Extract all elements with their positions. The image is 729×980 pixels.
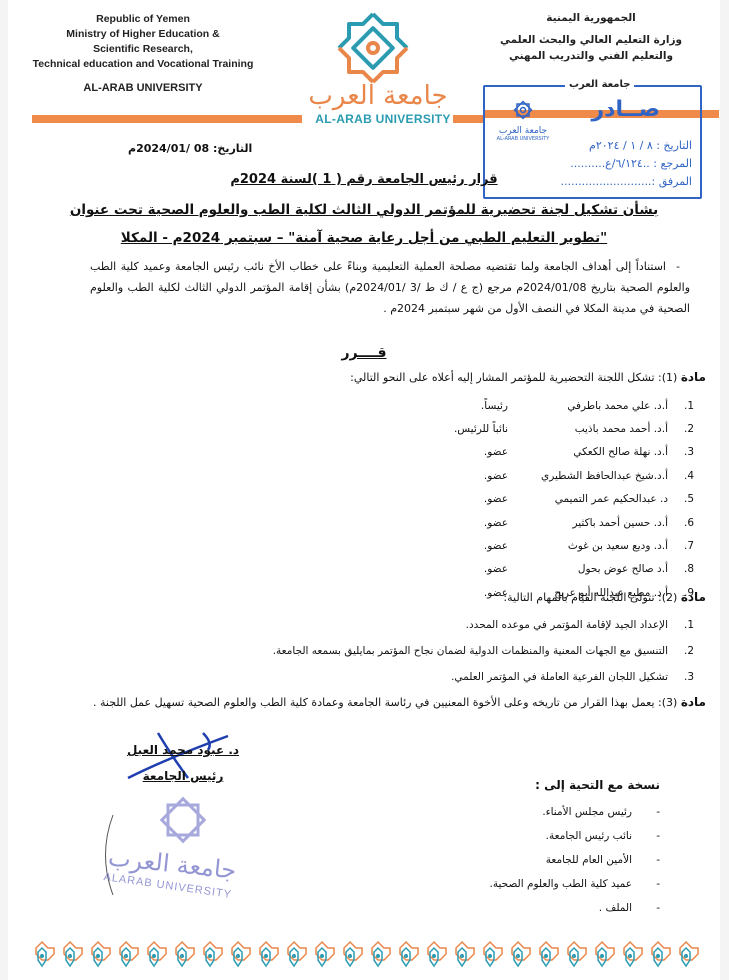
article-1-label: مادة [681, 370, 706, 384]
member-role: عضو. [334, 446, 508, 458]
list-item: 2.أ.د. أحمد محمد باذيبنائباً للرئيس. [334, 417, 694, 440]
member-name: أ.د. حسين أحمد باكثير [508, 517, 668, 529]
member-number: 5. [668, 493, 694, 505]
member-role: عضو. [334, 517, 508, 529]
article-1-heading: مادة (1): تشكل اللجنة التحضيرية للمؤتمر … [106, 370, 706, 384]
list-item: 5.د. عبدالحكيم عمر التميميعضو. [334, 488, 694, 511]
list-item: 6.أ.د. حسين أحمد باكثيرعضو. [334, 511, 694, 534]
cc-bullet: - [632, 806, 660, 818]
member-name: أ.د. أحمد محمد باذيب [508, 423, 668, 435]
list-item: 1.أ.د. علي محمد باطرفيرئيساً. [334, 394, 694, 417]
cc-recipient: الملف . [599, 902, 632, 914]
list-item: 3.تشكيل اللجان الفرعية العاملة في المؤتم… [94, 664, 694, 690]
signature-block: د. عبود محمد العبل رئيس الجامعة [103, 737, 263, 789]
arabic-letterhead: الجمهورية اليمنية وزارة التعليم العالي و… [476, 10, 706, 64]
cc-bullet: - [632, 878, 660, 890]
stamp-university-label: جامعة العرب [565, 79, 634, 90]
task-text: تشكيل اللجان الفرعية العاملة في المؤتمر … [451, 671, 668, 683]
decision-subject-line-2: "تطوير التعليم الطبي من أجل رعاية صحية آ… [8, 230, 720, 246]
member-number: 3. [668, 446, 694, 458]
en-line-4: Technical education and Vocational Train… [8, 57, 278, 72]
task-text: الإعداد الجيد لإقامة المؤتمر في موعده ال… [466, 619, 668, 631]
cc-recipient: الأمين العام للجامعة [546, 854, 632, 866]
article-2-heading: مادة (2): تتولى اللجنة القيام بالمهام ال… [106, 590, 706, 604]
document-date: التاريخ: 08 /2024/01م [128, 142, 252, 155]
member-name: أ.د. نهلة صالح الكعكي [508, 446, 668, 458]
member-name: أ.د. وديع سعيد بن غوث [508, 540, 668, 552]
logo-arabic-name: جامعة العرب [308, 82, 448, 110]
member-number: 1. [668, 400, 694, 412]
list-item: 7.أ.د. وديع سعيد بن غوثعضو. [334, 534, 694, 557]
university-logo-icon [333, 8, 413, 88]
member-role: عضو. [334, 563, 508, 575]
logo-english-name: AL-ARAB UNIVERSITY [308, 112, 458, 126]
member-name: أ.د.شيخ عبدالحافظ الشطيري [508, 470, 668, 482]
list-item: 2.التنسيق مع الجهات المعنية والمنظمات ال… [94, 638, 694, 664]
en-line-1: Republic of Yemen [8, 12, 278, 27]
decorative-footer-pattern-icon [28, 940, 700, 970]
document-page: Republic of Yemen Ministry of Higher Edu… [8, 0, 720, 980]
member-role: عضو. [334, 540, 508, 552]
committee-members-list: 1.أ.د. علي محمد باطرفيرئيساً. 2.أ.د. أحم… [334, 394, 694, 605]
cc-recipient: نائب رئيس الجامعة. [546, 830, 632, 842]
article-1-text: (1): تشكل اللجنة التحضيرية للمؤتمر المشا… [350, 371, 677, 384]
stamp-date-row: التاريخ : ٨ / ١ / ٢٠٢٤م [589, 139, 692, 152]
en-line-2: Ministry of Higher Education & [8, 27, 278, 42]
preamble-text: استناداً إلى أهداف الجامعة ولما تقتضيه م… [90, 260, 690, 315]
cc-bullet: - [632, 830, 660, 842]
signatory-title: رئيس الجامعة [103, 763, 263, 789]
stamp-logo-icon [510, 97, 536, 123]
ar-line-3: والتعليم الفني والتدريب المهني [476, 48, 706, 64]
ar-line-1: الجمهورية اليمنية [476, 10, 706, 26]
list-item: -عميد كلية الطب والعلوم الصحية. [430, 872, 660, 896]
list-item: 4.أ.د.شيخ عبدالحافظ الشطيريعضو. [334, 464, 694, 487]
stamp-reference-row: المرجع : ..٦/١٢٤/ع.......... [570, 157, 692, 170]
member-number: 2. [668, 423, 694, 435]
member-name: أ.د. علي محمد باطرفي [508, 400, 668, 412]
signatory-name: د. عبود محمد العبل [103, 737, 263, 763]
stamp-logo: جامعة العرب AL-ARAB UNIVERSITY [493, 97, 553, 142]
member-role: نائباً للرئيس. [334, 423, 508, 435]
member-role: عضو. [334, 470, 508, 482]
orange-divider-left [32, 115, 302, 123]
cc-bullet: - [632, 902, 660, 914]
task-text: التنسيق مع الجهات المعنية والمنظمات الدو… [273, 645, 668, 657]
task-number: 3. [668, 671, 694, 683]
list-item: 3.أ.د. نهلة صالح الكعكيعضو. [334, 441, 694, 464]
preamble-paragraph: -استناداً إلى أهداف الجامعة ولما تقتضيه … [90, 256, 690, 319]
decides-heading: قــــرر [8, 345, 720, 361]
english-letterhead: Republic of Yemen Ministry of Higher Edu… [8, 12, 278, 96]
article-2-text: (2): تتولى اللجنة القيام بالمهام التالية… [503, 591, 677, 604]
list-item: 8.أ.د صالح عوض بحولعضو. [334, 558, 694, 581]
en-line-3: Scientific Research, [8, 42, 278, 57]
list-item: -الأمين العام للجامعة [430, 848, 660, 872]
decision-title: قرار رئيس الجامعة رقم ( 1 )لسنة 2024م [8, 172, 720, 187]
task-number: 1. [668, 619, 694, 631]
list-item: -الملف . [430, 896, 660, 920]
member-role: عضو. [334, 493, 508, 505]
member-role: رئيساً. [334, 400, 508, 412]
article-3-text: (3): يعمل بهذا القرار من تاريخه وعلى الأ… [93, 696, 677, 709]
cc-recipient: رئيس مجلس الأمناء. [542, 806, 632, 818]
article-3-label: مادة [681, 695, 706, 709]
stamp-issued-label: صــادر [591, 97, 660, 122]
list-item: -نائب رئيس الجامعة. [430, 824, 660, 848]
stamp-logo-english: AL-ARAB UNIVERSITY [493, 136, 553, 142]
cc-list: -رئيس مجلس الأمناء. -نائب رئيس الجامعة. … [430, 800, 660, 920]
cc-heading: نسخة مع التحية إلى : [535, 778, 660, 792]
member-name: أ.د صالح عوض بحول [508, 563, 668, 575]
stamp-logo-arabic: جامعة العرب [493, 126, 553, 136]
ar-line-2: وزارة التعليم العالي والبحث العلمي [476, 32, 706, 48]
cc-bullet: - [632, 854, 660, 866]
member-name: د. عبدالحكيم عمر التميمي [508, 493, 668, 505]
list-item: 1.الإعداد الجيد لإقامة المؤتمر في موعده … [94, 612, 694, 638]
article-2-label: مادة [681, 590, 706, 604]
member-number: 6. [668, 517, 694, 529]
article-3-heading: مادة (3): يعمل بهذا القرار من تاريخه وعل… [26, 695, 706, 709]
en-university-name: AL-ARAB UNIVERSITY [8, 81, 278, 96]
orange-divider-mid [453, 115, 483, 123]
member-number: 7. [668, 540, 694, 552]
preamble-bullet: - [666, 256, 690, 277]
decision-subject-line-1: بشأن تشكيل لجنة تحضيرية للمؤتمر الدولي ا… [8, 202, 720, 218]
list-item: -رئيس مجلس الأمناء. [430, 800, 660, 824]
cc-recipient: عميد كلية الطب والعلوم الصحية. [490, 878, 632, 890]
member-number: 4. [668, 470, 694, 482]
task-number: 2. [668, 645, 694, 657]
committee-tasks-list: 1.الإعداد الجيد لإقامة المؤتمر في موعده … [94, 612, 694, 690]
member-number: 8. [668, 563, 694, 575]
